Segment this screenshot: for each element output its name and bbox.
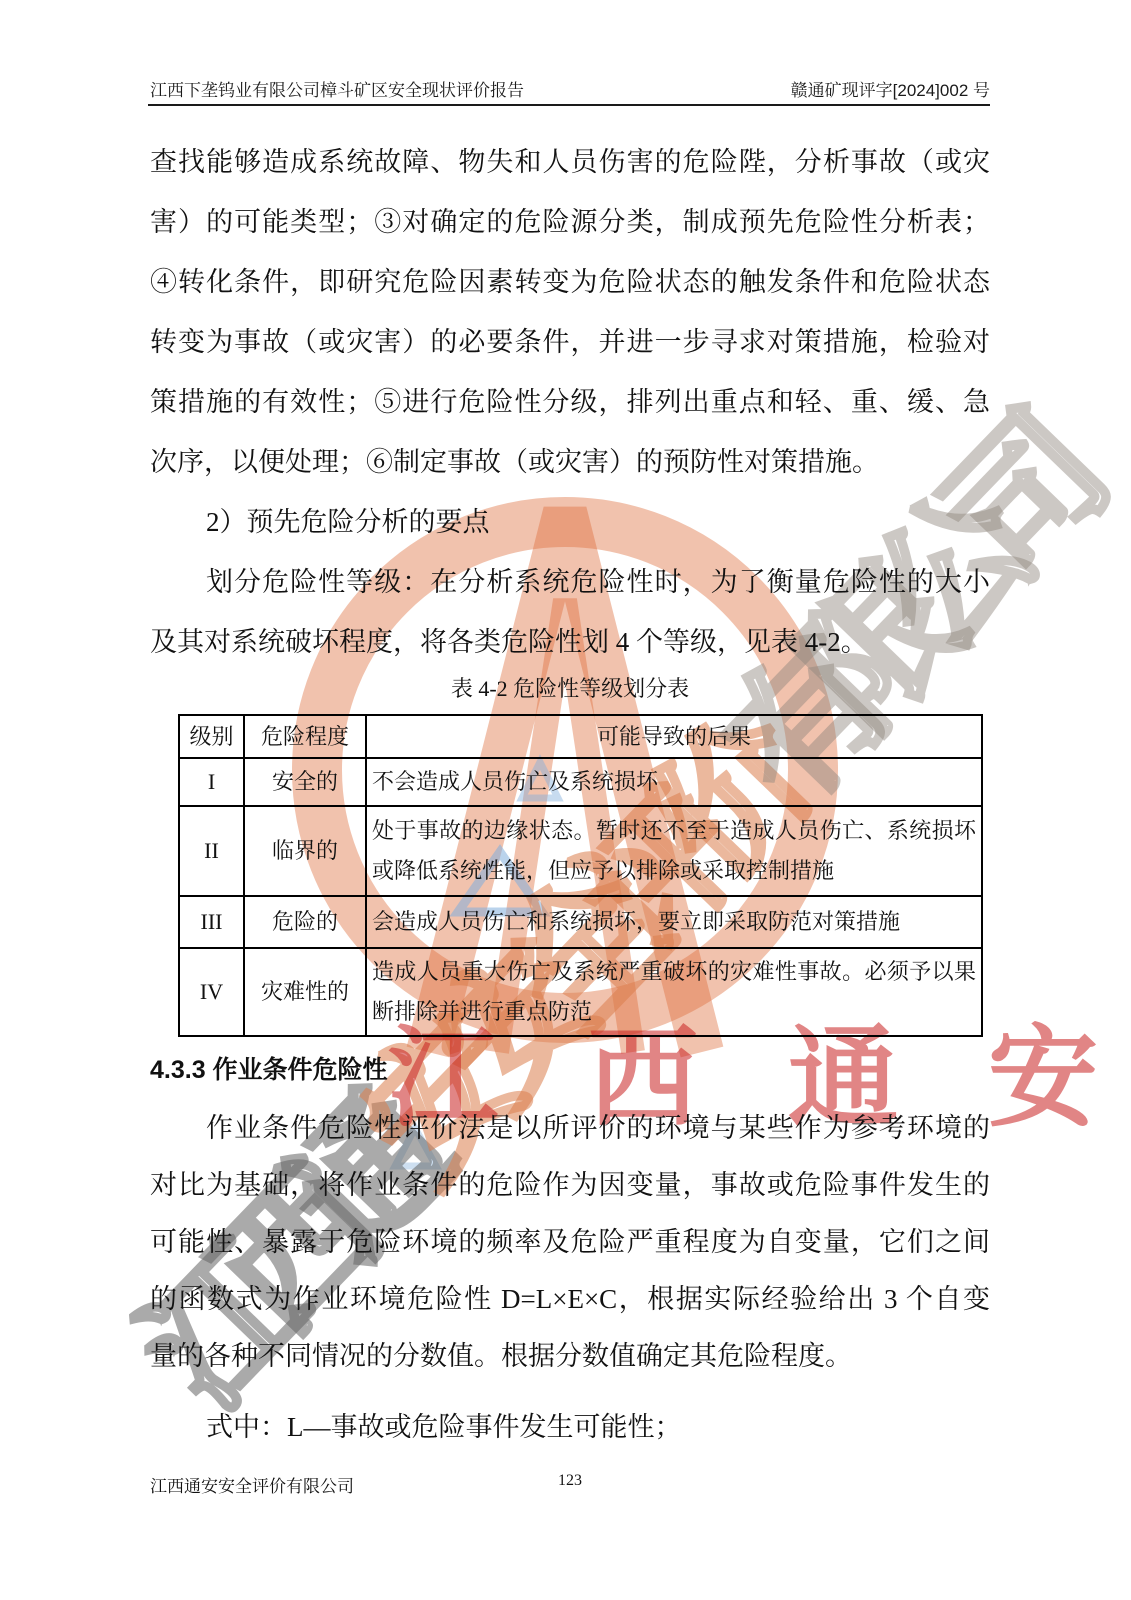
body-paragraph-2: 作业条件危险性评价法是以所评价的环境与某些作为参考环境的 对比为基础，将作业条件… [150, 1100, 990, 1385]
cell-consequence: 不会造成人员伤亡及系统损坏 [366, 758, 982, 806]
body-text-line: 策措施的有效性；⑤进行危险性分级，排列出重点和轻、重、缓、急 [150, 372, 990, 432]
cell-degree: 临界的 [244, 806, 366, 896]
body-text-line: ④转化条件，即研究危险因素转变为危险状态的触发条件和危险状态 [150, 252, 990, 312]
body-text-line: 划分危险性等级：在分析系统危险性时，为了衡量危险性的大小 [150, 552, 990, 612]
body-text-line: 次序，以便处理；⑥制定事故（或灾害）的预防性对策措施。 [150, 432, 990, 492]
cell-degree: 灾难性的 [244, 948, 366, 1036]
header-document-number: 赣通矿现评字[2024]002 号 [791, 76, 990, 101]
table-row: III 危险的 会造成人员伤亡和系统损坏，要立即采取防范对策措施 [179, 896, 982, 948]
body-text-line: 可能性、暴露于危险环境的频率及危险严重程度为自变量，它们之间 [150, 1214, 990, 1271]
body-text-line: 量的各种不同情况的分数值。根据分数值确定其危险程度。 [150, 1328, 990, 1385]
table-row: I 安全的 不会造成人员伤亡及系统损坏 [179, 758, 982, 806]
document-content: 江西下垄钨业有限公司樟斗矿区安全现状评价报告 赣通矿现评字[2024]002 号… [0, 0, 1131, 1600]
column-header-level: 级别 [179, 715, 244, 758]
table-header-row: 级别 危险程度 可能导致的后果 [179, 715, 982, 758]
body-text-line: 害）的可能类型；③对确定的危险源分类，制成预先危险性分析表； [150, 192, 990, 252]
document-page: 江西通安安全评价有限公司 江西通安 江西下垄钨业有限公司樟斗矿区安全现状评价报告… [0, 0, 1131, 1600]
body-text-line: 作业条件危险性评价法是以所评价的环境与某些作为参考环境的 [150, 1100, 990, 1157]
cell-consequence: 处于事故的边缘状态。暂时还不至于造成人员伤亡、系统损坏或降低系统性能，但应予以排… [366, 806, 982, 896]
body-paragraph-1: 查找能够造成系统故障、物失和人员伤害的危险陛，分析事故（或灾 害）的可能类型；③… [150, 132, 990, 672]
risk-grade-table: 级别 危险程度 可能导致的后果 I 安全的 不会造成人员伤亡及系统损坏 II 临… [178, 714, 983, 1037]
table-caption: 表 4-2 危险性等级划分表 [150, 672, 990, 703]
cell-consequence: 会造成人员伤亡和系统损坏，要立即采取防范对策措施 [366, 896, 982, 948]
cell-level: IV [179, 948, 244, 1036]
body-text-line: 及其对系统破坏程度，将各类危险性划 4 个等级，见表 4-2。 [150, 612, 990, 672]
body-text-line: 转变为事故（或灾害）的必要条件，并进一步寻求对策措施，检验对 [150, 312, 990, 372]
body-text-line: 对比为基础，将作业条件的危险作为因变量，事故或危险事件发生的 [150, 1157, 990, 1214]
footer-page-number: 123 [150, 1472, 990, 1490]
header-report-title: 江西下垄钨业有限公司樟斗矿区安全现状评价报告 [150, 76, 524, 101]
section-heading: 4.3.3 作业条件危险性 [150, 1050, 388, 1086]
formula-note-line: 式中：L—事故或危险事件发生可能性； [150, 1398, 990, 1456]
cell-level: II [179, 806, 244, 896]
cell-level: I [179, 758, 244, 806]
cell-degree: 安全的 [244, 758, 366, 806]
body-text-line: 的函数式为作业环境危险性 D=L×E×C，根据实际经验给出 3 个自变 [150, 1271, 990, 1328]
cell-degree: 危险的 [244, 896, 366, 948]
cell-level: III [179, 896, 244, 948]
body-text-line: 查找能够造成系统故障、物失和人员伤害的危险陛，分析事故（或灾 [150, 132, 990, 192]
column-header-consequence: 可能导致的后果 [366, 715, 982, 758]
table-row: II 临界的 处于事故的边缘状态。暂时还不至于造成人员伤亡、系统损坏或降低系统性… [179, 806, 982, 896]
column-header-degree: 危险程度 [244, 715, 366, 758]
header-rule [148, 104, 990, 106]
cell-consequence: 造成人员重大伤亡及系统严重破坏的灾难性事故。必须予以果断排除并进行重点防范 [366, 948, 982, 1036]
table-row: IV 灾难性的 造成人员重大伤亡及系统严重破坏的灾难性事故。必须予以果断排除并进… [179, 948, 982, 1036]
body-text-line: 2）预先危险分析的要点 [150, 492, 990, 552]
